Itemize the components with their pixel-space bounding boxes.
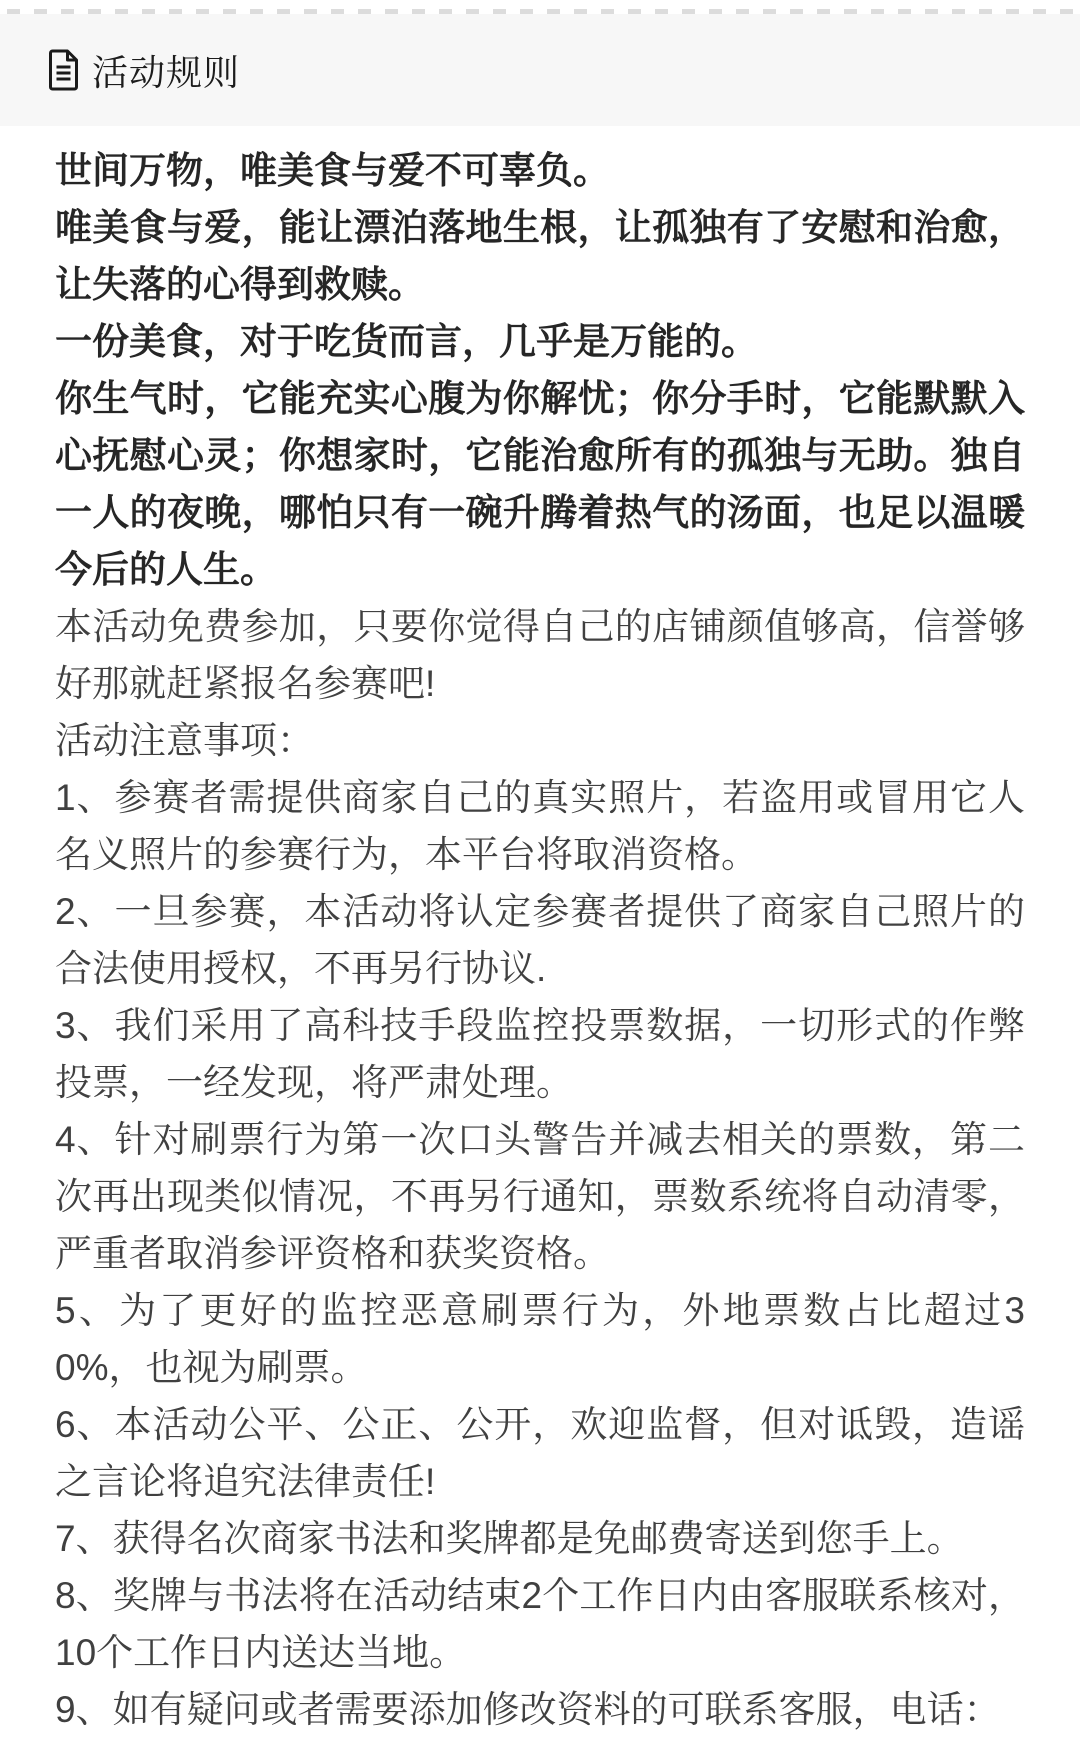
rules-paragraph: 4、针对刷票行为第一次口头警告并减去相关的票数，第二次再出现类似情况，不再另行通…	[55, 1111, 1025, 1282]
rules-paragraph: 7、获得名次商家书法和奖牌都是免邮费寄送到您手上。	[55, 1510, 1025, 1567]
document-icon	[48, 49, 79, 91]
rules-paragraph: 6、本活动公平、公正、公开，欢迎监督，但对诋毁，造谣之言论将追究法律责任!	[55, 1396, 1025, 1510]
rules-paragraph: 3、我们采用了高科技手段监控投票数据，一切形式的作弊投票，一经发现，将严肃处理。	[55, 997, 1025, 1111]
rules-paragraph: 活动注意事项：	[55, 712, 1025, 769]
rules-paragraph: 唯美食与爱，能让漂泊落地生根，让孤独有了安慰和治愈，让失落的心得到救赎。	[55, 199, 1025, 313]
rules-text: 世间万物，唯美食与爱不可辜负。唯美食与爱，能让漂泊落地生根，让孤独有了安慰和治愈…	[0, 126, 1080, 1738]
rules-paragraph: 本活动免费参加，只要你觉得自己的店铺颜值够高，信誉够好那就赶紧报名参赛吧!	[55, 598, 1025, 712]
rules-header: 活动规则	[0, 14, 1080, 126]
page-title: 活动规则	[92, 45, 240, 96]
activity-rules-page: 活动规则 世间万物，唯美食与爱不可辜负。唯美食与爱，能让漂泊落地生根，让孤独有了…	[0, 0, 1080, 1764]
rules-paragraph: 5、为了更好的监控恶意刷票行为，外地票数占比超过30%，也视为刷票。	[55, 1282, 1025, 1396]
rules-paragraph: 2、一旦参赛，本活动将认定参赛者提供了商家自己照片的合法使用授权，不再另行协议.	[55, 883, 1025, 997]
rules-paragraph: 9、如有疑问或者需要添加修改资料的可联系客服，电话：	[55, 1681, 1025, 1738]
rules-paragraph: 一份美食，对于吃货而言，几乎是万能的。	[55, 313, 1025, 370]
rules-paragraph: 世间万物，唯美食与爱不可辜负。	[55, 142, 1025, 199]
rules-paragraph: 1、参赛者需提供商家自己的真实照片，若盗用或冒用它人名义照片的参赛行为，本平台将…	[55, 769, 1025, 883]
rules-paragraph: 8、奖牌与书法将在活动结束2个工作日内由客服联系核对，10个工作日内送达当地。	[55, 1567, 1025, 1681]
rules-paragraph: 你生气时，它能充实心腹为你解忧；你分手时，它能默默入心抚慰心灵；你想家时，它能治…	[55, 370, 1025, 598]
